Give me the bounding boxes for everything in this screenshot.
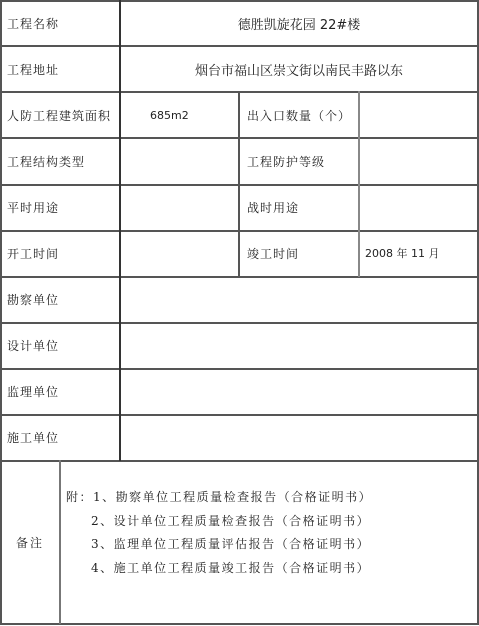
remark-item: 4、施工单位工程质量竣工报告（合格证明书） xyxy=(66,557,372,581)
completion-time-value[interactable]: 2008 年 11 月 xyxy=(365,230,477,276)
project-name-label: 工程名称 xyxy=(0,0,120,46)
entrance-count-value[interactable] xyxy=(360,92,477,138)
project-name-value[interactable]: 德胜凯旋花园 22#楼 xyxy=(120,0,478,46)
design-unit-label: 设计单位 xyxy=(0,322,120,368)
civil-defense-area-value[interactable]: 685m2 xyxy=(150,92,238,138)
wartime-use-value[interactable] xyxy=(360,184,477,230)
protection-level-label: 工程防护等级 xyxy=(240,138,358,184)
remark-item: 3、监理单位工程质量评估报告（合格证明书） xyxy=(66,533,372,557)
entrance-count-label: 出入口数量（个） xyxy=(240,92,358,138)
start-time-label: 开工时间 xyxy=(0,230,120,276)
structure-type-label: 工程结构类型 xyxy=(0,138,120,184)
remark-item: 2、设计单位工程质量检查报告（合格证明书） xyxy=(66,510,372,534)
survey-unit-label: 勘察单位 xyxy=(0,276,120,322)
completion-time-label: 竣工时间 xyxy=(240,230,358,276)
border-line xyxy=(0,460,479,462)
peacetime-use-value[interactable] xyxy=(121,184,238,230)
remarks-label: 备注 xyxy=(0,461,60,623)
project-info-form: 工程名称 德胜凯旋花园 22#楼 工程地址 烟台市福山区崇文街以南民丰路以东 人… xyxy=(0,0,479,626)
peacetime-use-label: 平时用途 xyxy=(0,184,120,230)
wartime-use-label: 战时用途 xyxy=(240,184,358,230)
border-line xyxy=(0,623,479,625)
construction-unit-value[interactable] xyxy=(121,414,477,460)
start-time-value[interactable] xyxy=(121,230,238,276)
remark-item: 附：1、勘察单位工程质量检查报告（合格证明书） xyxy=(66,486,372,510)
project-address-label: 工程地址 xyxy=(0,46,120,92)
remarks-prefix: 附： xyxy=(66,490,93,504)
supervision-unit-value[interactable] xyxy=(121,368,477,414)
protection-level-value[interactable] xyxy=(360,138,477,184)
structure-type-value[interactable] xyxy=(121,138,238,184)
project-address-value[interactable]: 烟台市福山区崇文街以南民丰路以东 xyxy=(120,46,478,92)
construction-unit-label: 施工单位 xyxy=(0,414,120,460)
supervision-unit-label: 监理单位 xyxy=(0,368,120,414)
remarks-list: 附：1、勘察单位工程质量检查报告（合格证明书） 2、设计单位工程质量检查报告（合… xyxy=(66,486,372,580)
civil-defense-area-label: 人防工程建筑面积 xyxy=(0,92,120,138)
design-unit-value[interactable] xyxy=(121,322,477,368)
survey-unit-value[interactable] xyxy=(121,276,477,322)
